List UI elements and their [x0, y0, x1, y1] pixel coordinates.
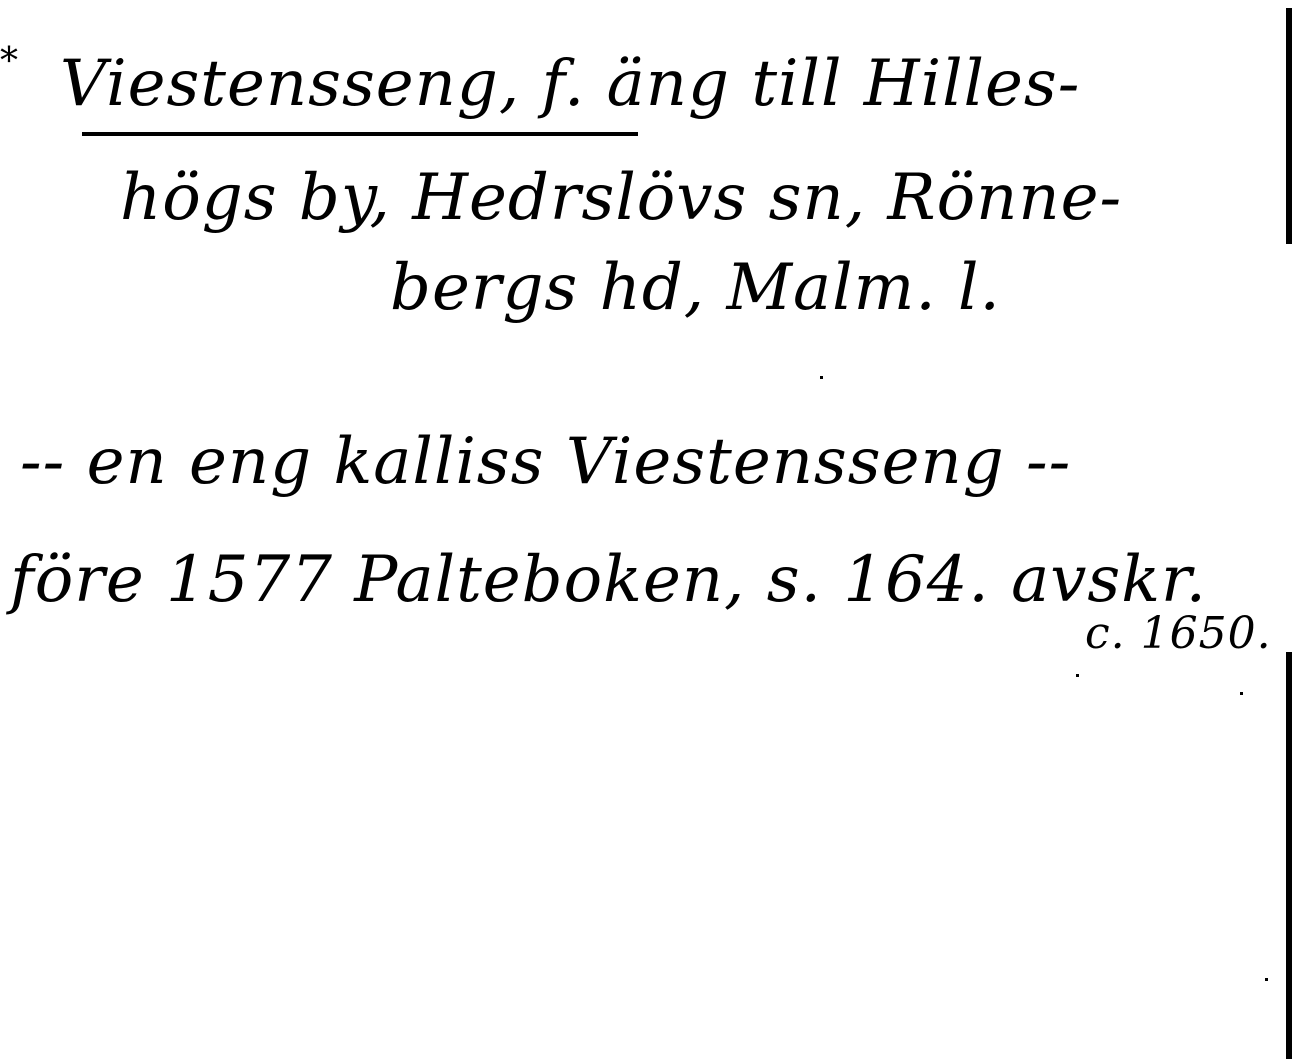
card-edge-bottom — [1286, 652, 1292, 1059]
speck — [1076, 674, 1079, 677]
asterisk-marker: * — [0, 44, 19, 80]
entry-line-3: bergs hd, Malm. l. — [390, 256, 1001, 320]
index-card: * Viestensseng, f. äng till Hilles- högs… — [0, 0, 1306, 1059]
citation-line-3: c. 1650. — [1085, 612, 1272, 656]
headword-underline — [82, 132, 638, 136]
card-edge-top — [1286, 8, 1292, 244]
citation-line-1: -- en eng kalliss Viestensseng -- — [20, 430, 1071, 494]
citation-line-2: före 1577 Palteboken, s. 164. avskr. — [10, 548, 1207, 612]
speck — [1265, 978, 1268, 981]
speck — [1240, 692, 1243, 695]
entry-line-2: högs by, Hedrslövs sn, Rönne- — [120, 166, 1122, 230]
entry-line-1: Viestensseng, f. äng till Hilles- — [60, 52, 1080, 116]
speck — [820, 376, 823, 379]
